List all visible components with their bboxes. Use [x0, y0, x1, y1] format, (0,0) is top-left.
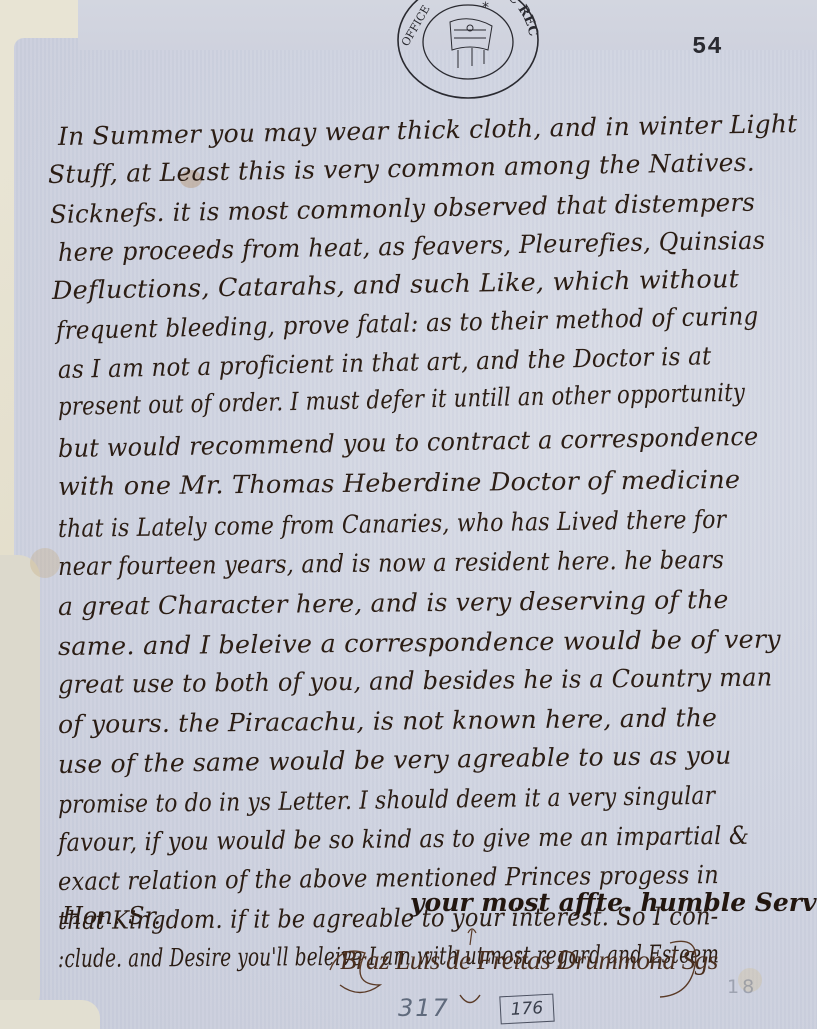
public-record-office-stamp-icon: PUBLIC RECORD OFFICE * — [392, 0, 542, 100]
water-stain — [30, 548, 60, 578]
letter-closing: your most affte. humble Servt. — [410, 888, 817, 917]
sheet-edge-bottom — [0, 1000, 100, 1029]
folio-number-box: 176 — [499, 994, 554, 1025]
page-number: 54 — [692, 34, 723, 61]
letter-salutation: Hon. Sr. — [62, 902, 161, 930]
signature: Braz Luis de Freitas Drummond Sgs — [340, 945, 718, 976]
archive-pencil-number: 317 — [398, 994, 450, 1022]
sheet-edge-left — [0, 555, 40, 1015]
svg-text:*: * — [482, 0, 489, 16]
faint-archive-mark: 18 — [727, 976, 757, 998]
